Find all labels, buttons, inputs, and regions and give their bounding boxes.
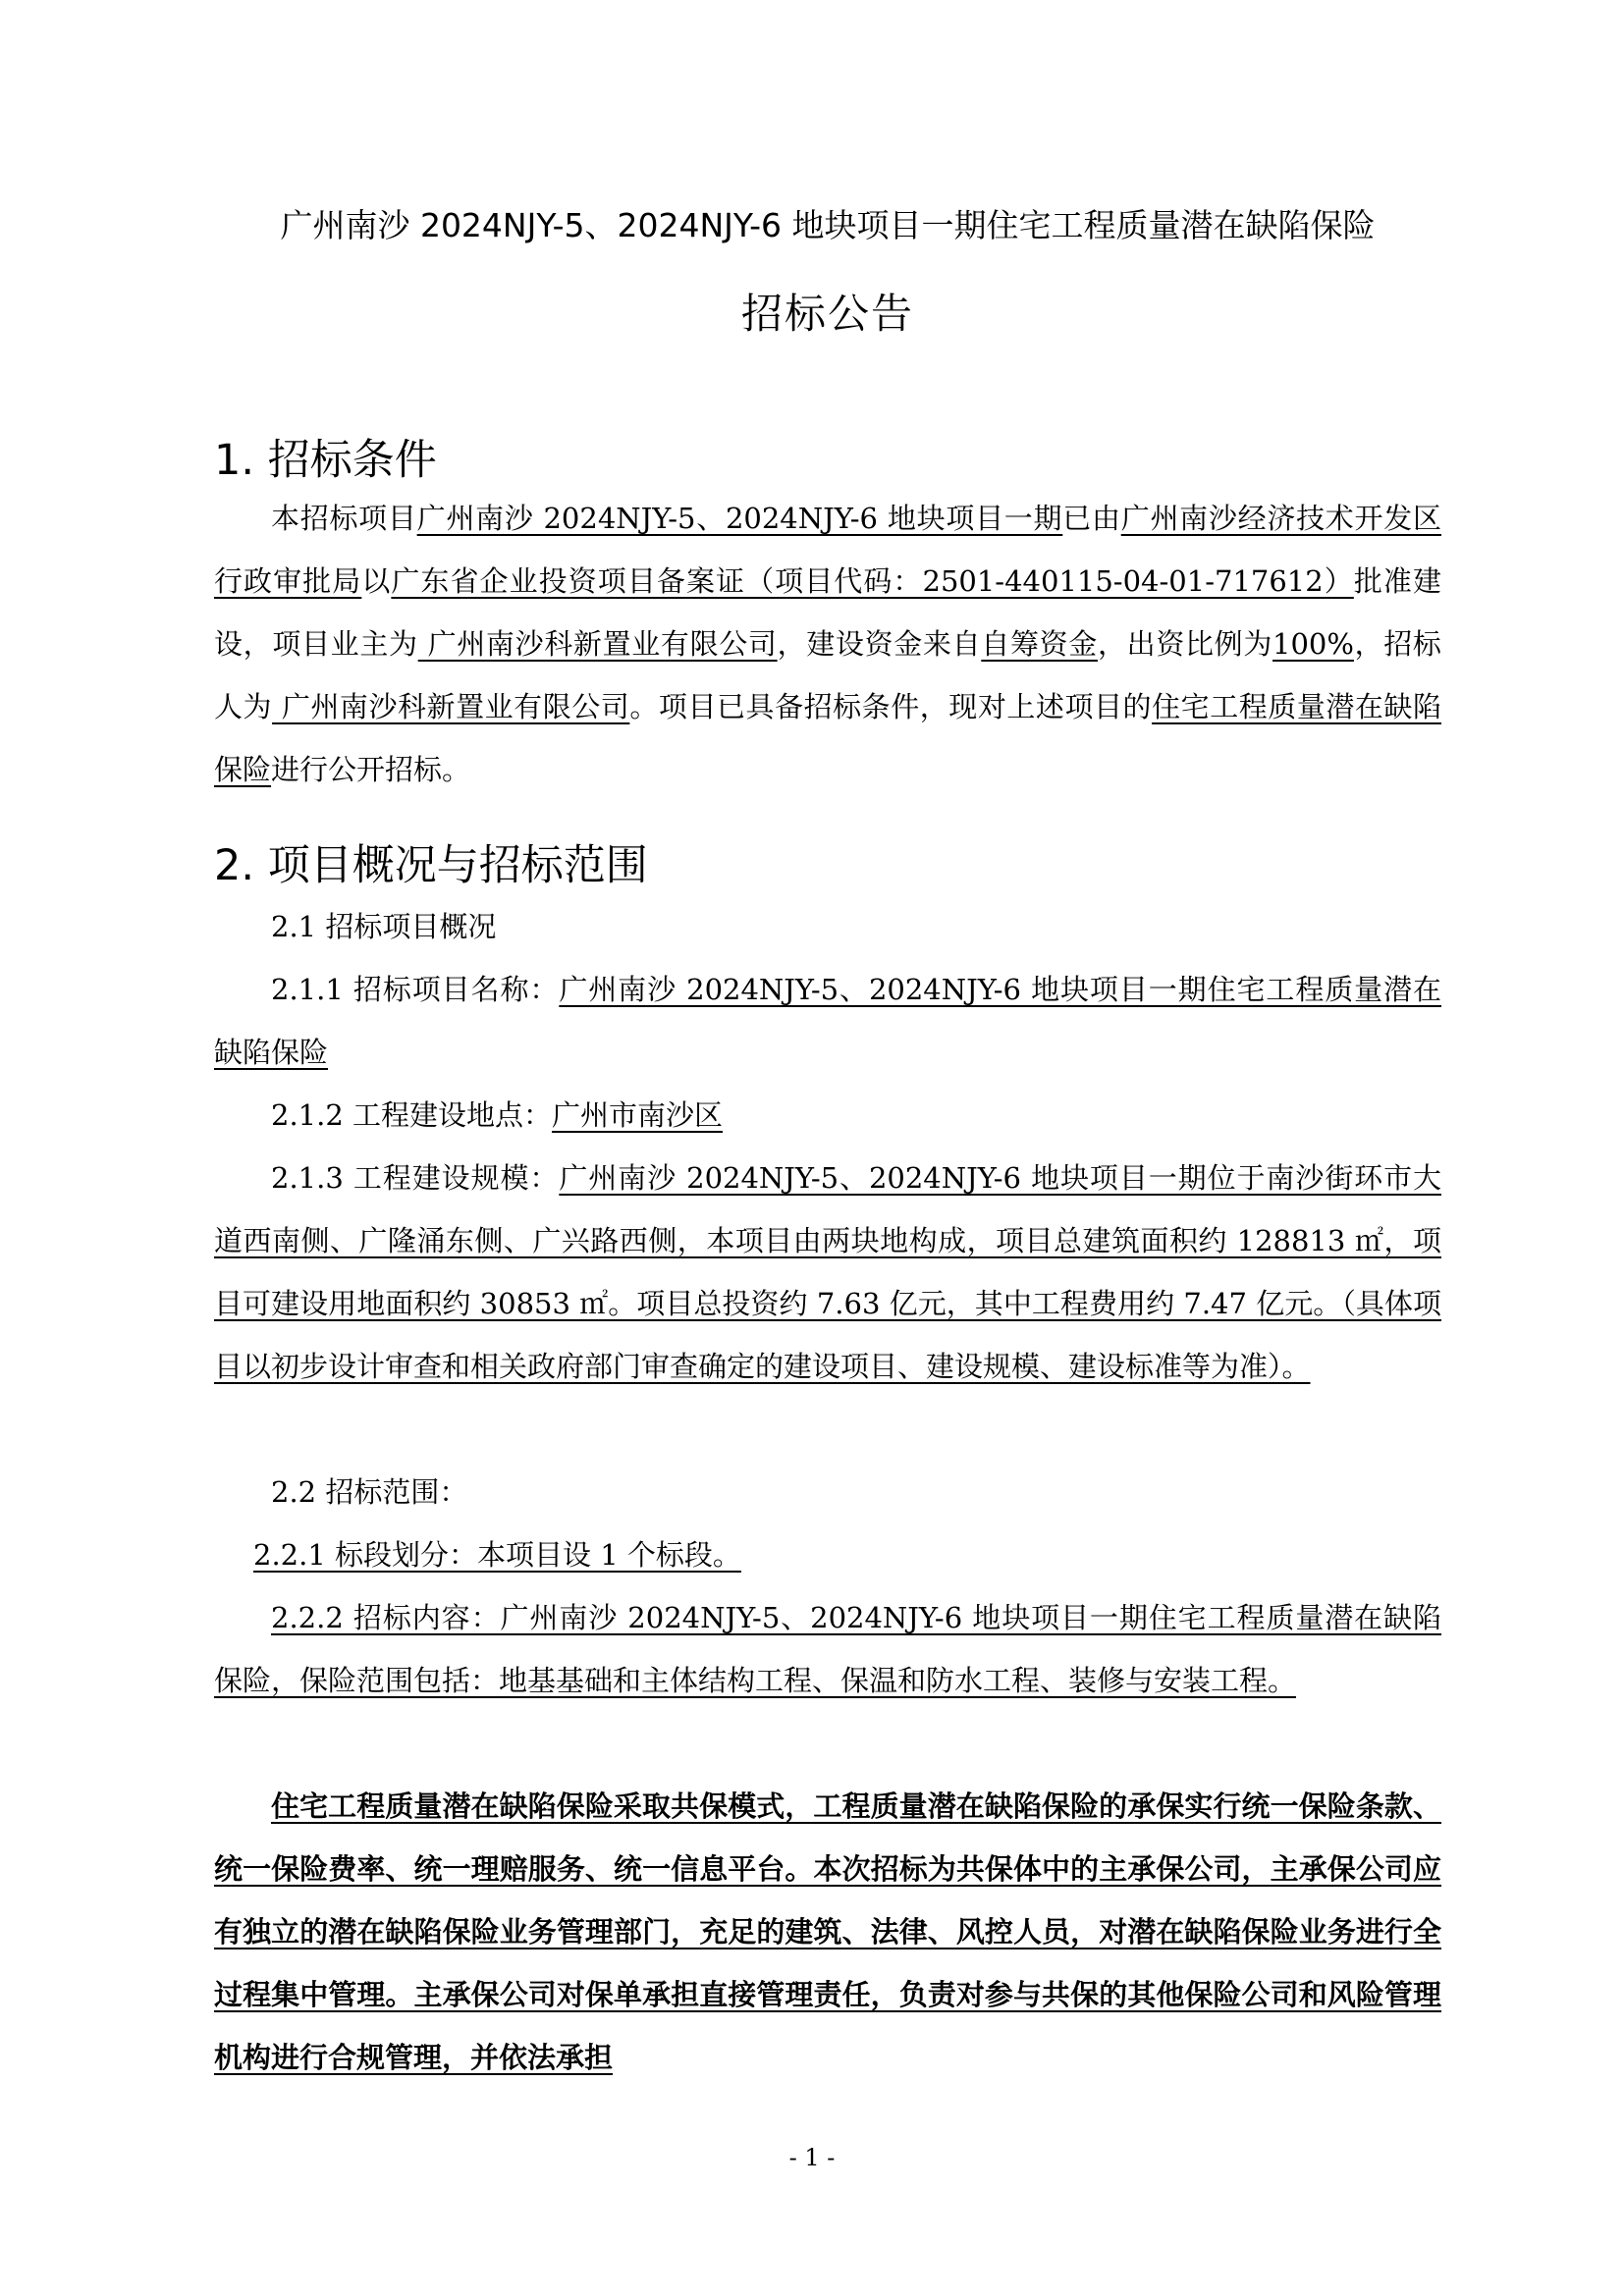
text: 已由: [1062, 502, 1120, 535]
location-value: 广州市南沙区: [552, 1098, 723, 1132]
subsection-2-2-2: 2.2.2 招标内容：广州南沙 2024NJY-5、2024NJY-6 地块项目…: [214, 1586, 1441, 1712]
page-number: - 1 -: [0, 2144, 1624, 2171]
coinsurance-text: 住宅工程质量潜在缺陷保险采取共保模式，工程质量潜在缺陷保险的承保实行统一保险条款…: [214, 1789, 1441, 2074]
section-2-heading: 2. 项目概况与招标范围: [214, 832, 648, 892]
subsection-2-1-2: 2.1.2 工程建设地点：广州市南沙区: [214, 1084, 1441, 1147]
subsection-2-1-3: 2.1.3 工程建设规模：广州南沙 2024NJY-5、2024NJY-6 地块…: [214, 1147, 1441, 1398]
subsection-2-1-1: 2.1.1 招标项目名称：广州南沙 2024NJY-5、2024NJY-6 地块…: [214, 958, 1441, 1084]
project-name: 广州南沙 2024NJY-5、2024NJY-6 地块项目一期: [417, 502, 1063, 535]
text: 进行公开招标。: [271, 753, 470, 786]
subsection-2-2: 2.2 招标范围：: [214, 1461, 1441, 1523]
filing-certificate: 广东省企业投资项目备案证（项目代码：2501-440115-04-01-7176…: [391, 564, 1353, 598]
fund-source: 自筹资金: [981, 627, 1098, 661]
lot-division: 2.2.1 标段划分：本项目设 1 个标段。: [253, 1538, 741, 1572]
label: 2.1.2 工程建设地点：: [271, 1098, 552, 1132]
funding-ratio: 100%: [1272, 627, 1354, 661]
subsection-2-2-1: 2.2.1 标段划分：本项目设 1 个标段。: [214, 1523, 1441, 1586]
text: ，出资比例为: [1098, 627, 1272, 661]
section-1-heading: 1. 招标条件: [214, 427, 437, 487]
text: 本招标项目: [271, 502, 417, 535]
document-subtitle: 招标公告: [214, 282, 1441, 341]
coinsurance-paragraph: 住宅工程质量潜在缺陷保险采取共保模式，工程质量潜在缺陷保险的承保实行统一保险条款…: [214, 1775, 1441, 2089]
label: 2.1.1 招标项目名称：: [271, 973, 559, 1006]
project-owner: 广州南沙科新置业有限公司: [418, 627, 778, 661]
text: ，建设资金来自: [778, 627, 982, 661]
subsection-2-1: 2.1 招标项目概况: [214, 895, 1441, 958]
tender-content: 2.2.2 招标内容：广州南沙 2024NJY-5、2024NJY-6 地块项目…: [214, 1601, 1441, 1697]
text: 。项目已具备招标条件，现对上述项目的: [629, 690, 1152, 723]
section-1-paragraph: 本招标项目广州南沙 2024NJY-5、2024NJY-6 地块项目一期已由广州…: [214, 487, 1441, 801]
label: 2.1.3 工程建设规模：: [271, 1161, 559, 1195]
tenderer: 广州南沙科新置业有限公司: [272, 690, 629, 723]
document-title: 广州南沙 2024NJY-5、2024NJY-6 地块项目一期住宅工程质量潜在缺…: [214, 200, 1441, 246]
text: 以: [361, 564, 391, 598]
